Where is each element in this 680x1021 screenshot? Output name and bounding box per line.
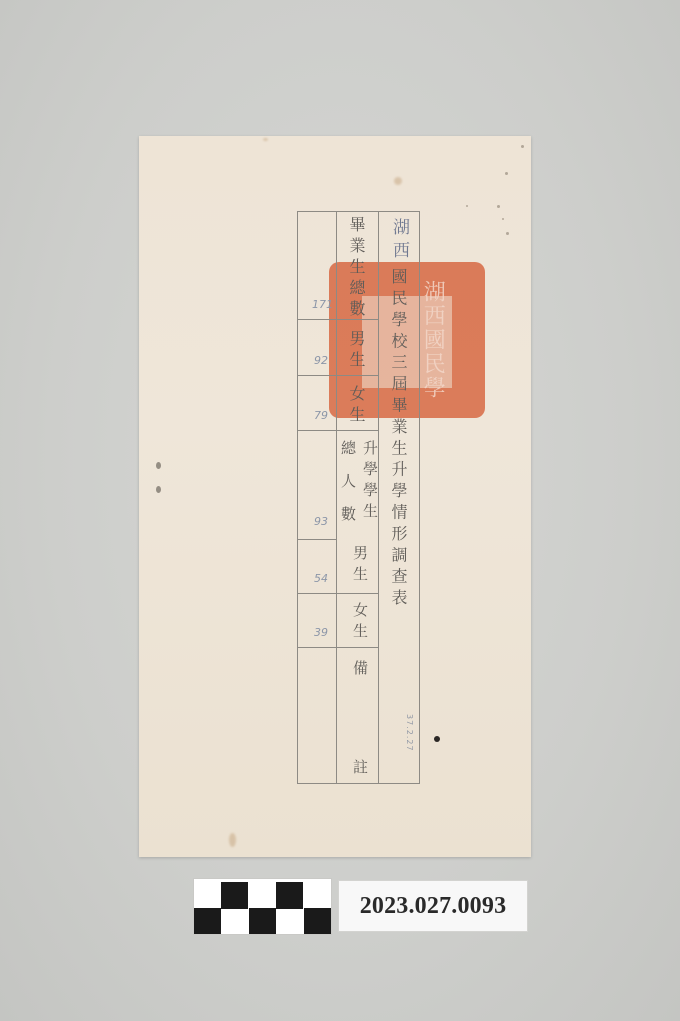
row-divider [298,539,336,540]
header-male: 男生 [348,330,364,372]
row-divider [298,319,378,320]
row-divider [298,593,378,594]
paper-stain [229,833,236,847]
row-divider [298,430,378,431]
header-remarks: 備註 [352,660,367,858]
header-further-total: 總人數 [340,440,355,539]
header-female: 女生 [348,385,364,427]
value-further-female: 39 [314,626,328,639]
accession-number-label: 2023.027.0093 [338,880,528,932]
row-divider [298,375,378,376]
ink-dot [434,736,440,742]
paper-stain [394,177,402,185]
column-divider [336,212,337,783]
paper-stain [263,138,268,141]
date-note: 37.2.27 [405,714,413,752]
foxing-spot [521,145,524,148]
document-title: 國民學校三屆畢業生升學情形調查表 [390,268,406,610]
header-further-female: 女生 [352,602,367,644]
seal-glyphs: 湖西國民學 [420,280,444,400]
value-further-total: 93 [314,515,328,528]
foxing-spot [502,218,504,220]
value-graduates-total: 171 [312,298,333,311]
value-graduates-female: 79 [314,409,328,422]
row-divider [298,647,378,648]
header-graduates-total: 畢業生總數 [348,216,364,321]
binding-hole-mark [156,460,164,496]
header-further-male: 男生 [352,545,367,587]
header-further-education: 升學學生 [362,440,377,524]
foxing-spot [497,205,500,208]
value-graduates-male: 92 [314,354,328,367]
foxing-spot [506,232,509,235]
photo-scale-checkerboard [193,878,332,935]
value-further-male: 54 [314,572,328,585]
document-title-prefix: 湖西 [390,218,407,264]
foxing-spot [505,172,508,175]
foxing-spot [466,205,468,207]
